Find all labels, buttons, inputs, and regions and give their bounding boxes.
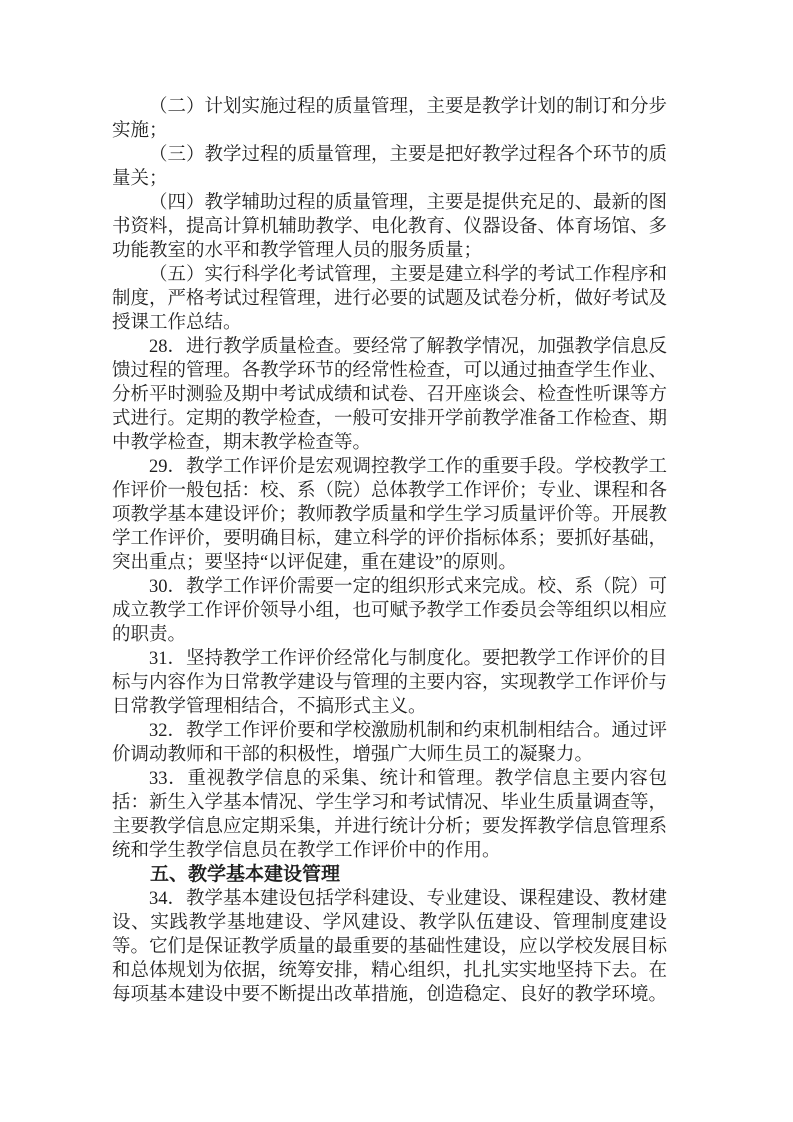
paragraph: （五）实行科学化考试管理，主要是建立科学的考试工作程序和制度，严格考试过程管理，… [112, 263, 667, 335]
paragraph: 31．坚持教学工作评价经常化与制度化。要把教学工作评价的目标与内容作为日常教学建… [112, 647, 667, 719]
document-page: （二）计划实施过程的质量管理，主要是教学计划的制订和分步实施；（三）教学过程的质… [0, 0, 793, 1122]
paragraph: 33．重视教学信息的采集、统计和管理。教学信息主要内容包括：新生入学基本情况、学… [112, 767, 667, 863]
text-column: （二）计划实施过程的质量管理，主要是教学计划的制订和分步实施；（三）教学过程的质… [112, 95, 667, 1007]
paragraph: 32．教学工作评价要和学校激励机制和约束机制相结合。通过评价调动教师和干部的积极… [112, 719, 667, 767]
paragraph: （二）计划实施过程的质量管理，主要是教学计划的制订和分步实施； [112, 95, 667, 143]
paragraph: 28．进行教学质量检查。要经常了解教学情况，加强教学信息反馈过程的管理。各教学环… [112, 335, 667, 455]
paragraph: （三）教学过程的质量管理，主要是把好教学过程各个环节的质量关； [112, 143, 667, 191]
paragraph: 30．教学工作评价需要一定的组织形式来完成。校、系（院）可成立教学工作评价领导小… [112, 575, 667, 647]
paragraph: 34．教学基本建设包括学科建设、专业建设、课程建设、教材建设、实践教学基地建设、… [112, 887, 667, 1007]
paragraph: 29．教学工作评价是宏观调控教学工作的重要手段。学校教学工作评价一般包括：校、系… [112, 455, 667, 575]
paragraph: （四）教学辅助过程的质量管理，主要是提供充足的、最新的图书资料，提高计算机辅助教… [112, 191, 667, 263]
section-heading: 五、教学基本建设管理 [112, 863, 667, 887]
